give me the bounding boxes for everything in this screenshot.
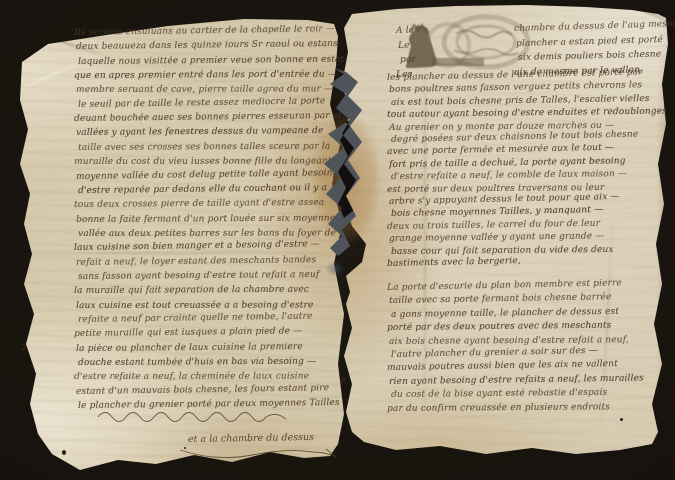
manuscript-line: l'autre plancher du grenier a soir sur d…	[391, 347, 598, 360]
manuscript-line: mauvais poutres aussi bien que les aix n…	[387, 360, 618, 373]
manuscript-scan: Ils serions ensuiuans au cartier de la c…	[0, 0, 675, 480]
margin-note-left: 2	[22, 344, 27, 352]
manuscript-line: taille avec sa porte fermant bois chesne…	[389, 294, 612, 307]
closing-line: et a la chambre du dessus	[188, 433, 314, 445]
manuscript-line: porté par des deux poutres avec des mesc…	[387, 322, 611, 333]
manuscript-line: a gons moyenne taille, le plancher de de…	[391, 308, 619, 320]
signature-flourish	[178, 446, 338, 460]
closing-flourish	[96, 408, 321, 424]
manuscript-line: du cost de la bise ayant esté rebastie d…	[391, 389, 607, 400]
manuscript-line: rien ayant besoing d'estre refaits a neu…	[389, 374, 644, 387]
manuscript-line: La porte d'escurie du plan bon membre es…	[387, 279, 622, 293]
manuscript-line: par du confirm creuassée en plusieurs en…	[387, 403, 610, 414]
blue-ink-smudge	[325, 261, 345, 277]
margin-note-right: F.	[340, 378, 347, 386]
